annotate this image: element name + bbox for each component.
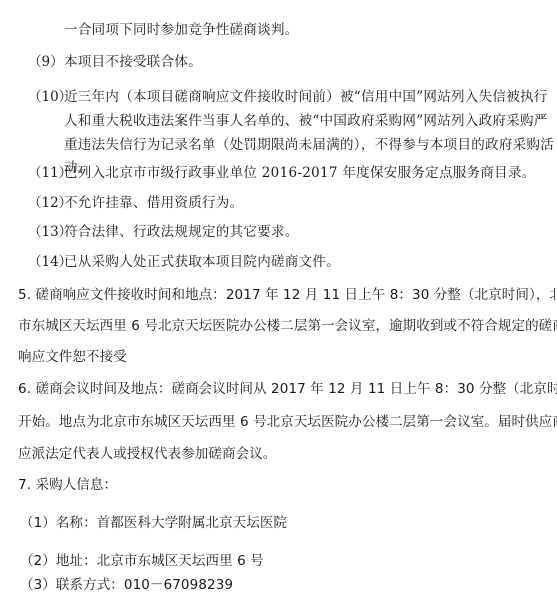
item-text: 已列入北京市市级行政事业单位 2016-2017 年度保安服务定点服务商目录。 [64,165,536,181]
section-title: 7. 采购人信息： [18,477,117,493]
section-text-line: 开始。地点为北京市东城区天坛西里 6 号北京天坛医院办公楼二层第一会议室。届时供… [18,414,557,430]
item-text-line: 人和重大税收违法案件当事人名单的、被“中国政府采购网”网站列入政府采购严 [64,113,548,129]
item-text-line: 近三年内（本项目磋商响应文件接收时间前）被“信用中国”网站列入失信被执行 [64,89,548,105]
item-number: （9） [28,54,64,70]
section-text-line: 6. 磋商会议时间及地点：磋商会议时间从 2017 年 12 月 11 日上午 … [18,381,557,397]
purchaser-name: （1）名称：首都医科大学附属北京天坛医院 [20,515,287,531]
item-8-continuation: 一合同项下同时参加竞争性磋商谈判。 [64,22,299,38]
section-text-line: 5. 磋商响应文件接收时间和地点：2017 年 12 月 11 日上午 8：30… [18,287,557,303]
section-text-line: 应派法定代表人或授权代表参加磋商会议。 [18,446,276,462]
item-text: 已从采购人处正式获取本项目院内磋商文件。 [64,254,340,270]
item-text: 不允许挂靠、借用资质行为。 [64,195,243,211]
purchaser-address: （2）地址：北京市东城区天坛西里 6 号 [20,553,264,569]
item-text-line: 重违法失信行为记录名单（处罚期限尚未届满的），不得参与本项目的政府采购活 [64,137,554,153]
purchaser-contact: （3）联系方式：010－67098239 [20,577,233,593]
item-text: 本项目不接受联合体。 [64,54,202,70]
item-text: 符合法律、行政法规规定的其它要求。 [64,224,299,240]
section-text-line: 响应文件恕不接受 [18,349,127,365]
section-text-line: 市东城区天坛西里 6 号北京天坛医院办公楼二层第一会议室，逾期收到或不符合规定的… [18,318,557,334]
